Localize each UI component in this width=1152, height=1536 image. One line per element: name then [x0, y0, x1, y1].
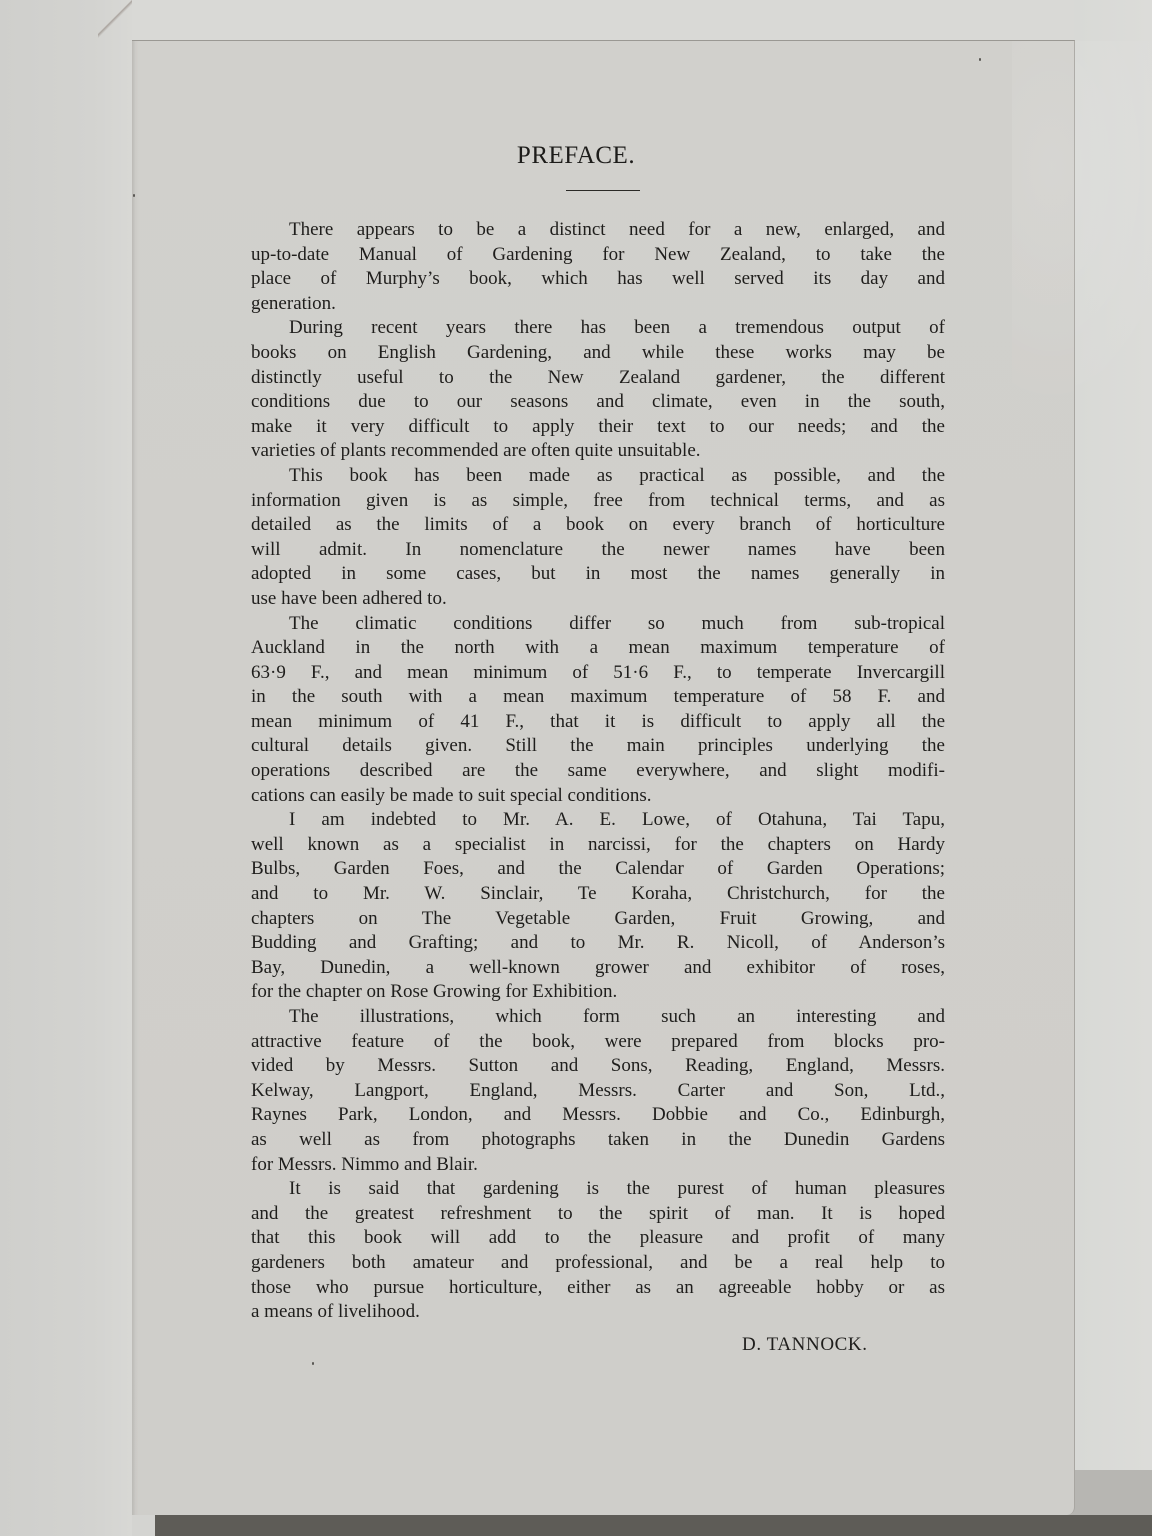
text-line: well known as a specialist in narcissi, … [251, 833, 945, 858]
text-line: operations described are the same everyw… [251, 759, 945, 784]
page-gutter [132, 41, 135, 1515]
text-line: 63·9 F., and mean minimum of 51·6 F., to… [251, 661, 945, 686]
text-line: conditions due to our seasons and climat… [251, 390, 945, 415]
text-line: and to Mr. W. Sinclair, Te Koraha, Chris… [251, 882, 945, 907]
text-line: adopted in some cases, but in most the n… [251, 562, 945, 587]
text-line: The illustrations, which form such an in… [251, 1005, 945, 1030]
text-line: detailed as the limits of a book on ever… [251, 513, 945, 538]
text-line: make it very difficult to apply their te… [251, 415, 945, 440]
text-line: for the chapter on Rose Growing for Exhi… [251, 980, 945, 1005]
text-line: a means of livelihood. [251, 1300, 945, 1325]
text-line: cultural details given. Still the main p… [251, 734, 945, 759]
text-line: cations can easily be made to suit speci… [251, 784, 945, 809]
text-line: up-to-date Manual of Gardening for New Z… [251, 243, 945, 268]
text-line: There appears to be a distinct need for … [251, 218, 945, 243]
text-line: Kelway, Langport, England, Messrs. Carte… [251, 1079, 945, 1104]
text-line: and the greatest refreshment to the spir… [251, 1202, 945, 1227]
text-line: vided by Messrs. Sutton and Sons, Readin… [251, 1054, 945, 1079]
background-top [132, 0, 1152, 42]
paragraph: The climatic conditions differ so much f… [251, 612, 945, 809]
text-line: Auckland in the north with a mean maximu… [251, 636, 945, 661]
facing-page-left [0, 0, 132, 1536]
text-line: The climatic conditions differ so much f… [251, 612, 945, 637]
text-line: distinctly useful to the New Zealand gar… [251, 366, 945, 391]
text-line: books on English Gardening, and while th… [251, 341, 945, 366]
text-line: for Messrs. Nimmo and Blair. [251, 1153, 945, 1178]
paragraph: I am indebted to Mr. A. E. Lowe, of Otah… [251, 808, 945, 1005]
paragraph: This book has been made as practical as … [251, 464, 945, 612]
text-line: gardeners both amateur and professional,… [251, 1251, 945, 1276]
title-rule [566, 190, 640, 191]
text-line: This book has been made as practical as … [251, 464, 945, 489]
ink-speck [133, 194, 135, 197]
text-line: attractive feature of the book, were pre… [251, 1030, 945, 1055]
text-line: Bay, Dunedin, a well-known grower and ex… [251, 956, 945, 981]
author-signature: D. TANNOCK. [742, 1334, 868, 1356]
text-line: in the south with a mean maximum tempera… [251, 685, 945, 710]
paragraph: During recent years there has been a tre… [251, 316, 945, 464]
text-line: Raynes Park, London, and Messrs. Dobbie … [251, 1103, 945, 1128]
text-line: those who pursue horticulture, either as… [251, 1276, 945, 1301]
paragraph: The illustrations, which form such an in… [251, 1005, 945, 1177]
torn-corner [98, 0, 132, 40]
background-right [1074, 0, 1152, 1470]
text-line: Budding and Grafting; and to Mr. R. Nico… [251, 931, 945, 956]
text-line: as well as from photographs taken in the… [251, 1128, 945, 1153]
paragraph: There appears to be a distinct need for … [251, 218, 945, 316]
text-line: will admit. In nomenclature the newer na… [251, 538, 945, 563]
text-line: It is said that gardening is the purest … [251, 1177, 945, 1202]
paragraph: It is said that gardening is the purest … [251, 1177, 945, 1325]
page-shadow-band [155, 1515, 1152, 1536]
text-line: I am indebted to Mr. A. E. Lowe, of Otah… [251, 808, 945, 833]
text-line: mean minimum of 41 F., that it is diffic… [251, 710, 945, 735]
text-line: chapters on The Vegetable Garden, Fruit … [251, 907, 945, 932]
text-line: place of Murphy’s book, which has well s… [251, 267, 945, 292]
text-line: generation. [251, 292, 945, 317]
text-line: During recent years there has been a tre… [251, 316, 945, 341]
text-line: information given is as simple, free fro… [251, 489, 945, 514]
page-title: PREFACE. [0, 142, 1152, 170]
ink-speck [979, 58, 981, 61]
text-line: Bulbs, Garden Foes, and the Calendar of … [251, 857, 945, 882]
text-line: varieties of plants recommended are ofte… [251, 439, 945, 464]
text-line: that this book will add to the pleasure … [251, 1226, 945, 1251]
preface-body: There appears to be a distinct need for … [251, 218, 945, 1325]
ink-speck [312, 1362, 314, 1365]
text-line: use have been adhered to. [251, 587, 945, 612]
